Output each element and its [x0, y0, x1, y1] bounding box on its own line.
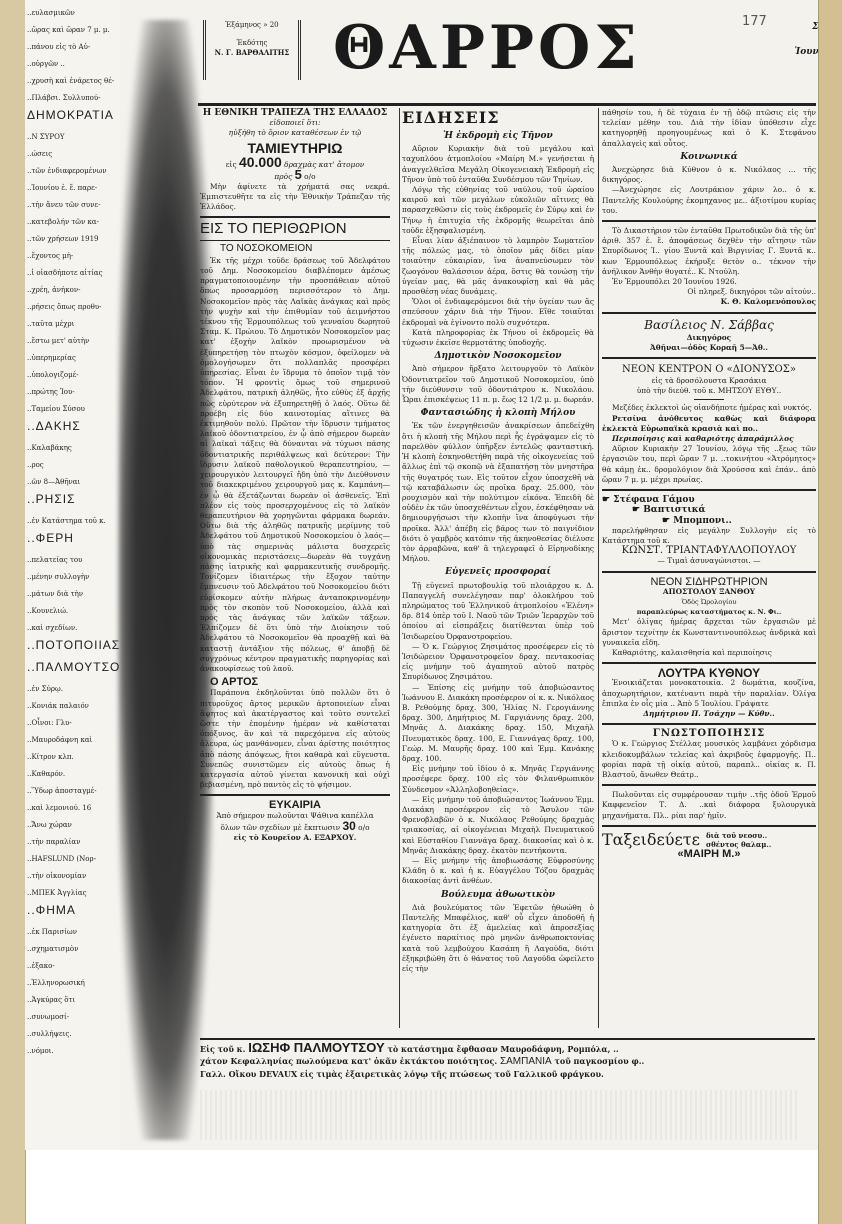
- section-title-perithorion: ΕΙΣ ΤΟ ΠΕΡΙΘΩΡΙΟΝ: [200, 218, 390, 241]
- article-body-bread: Παράπονα ἐκδηλοῦνται ὑπὸ πολλῶν ὅτι ὁ πι…: [200, 688, 390, 790]
- article-title-bread: Ο ΑΡΤΟΣ: [210, 677, 390, 687]
- social-item: —Ἀνεχώρησε εἰς Λουτράκιον χάριν λο.. ὁ κ…: [602, 185, 816, 216]
- dionysos-sub: εἰς τὰ δροσόλουστα Κρασάκια: [602, 376, 816, 386]
- divider: [602, 357, 816, 359]
- prev-page-line: ..συνωμοσί-: [27, 1012, 120, 1022]
- news-title: Φαντασιώδης ἡ κλοπὴ Μήλου: [402, 408, 594, 418]
- prev-page-line: ..Μαυροδάφνη καὶ: [27, 735, 120, 745]
- ad-line: Ἀπὸ σήμερον πωλοῦνται Ψάθινα καπέλλα: [200, 811, 390, 821]
- travel-small: διὰ τοῦ νεοσυ..σθέντος θαλαμ..: [706, 831, 771, 849]
- bottom-ad-line-2: χάτον Κεφαλληνίας πωλούμενα κατ' ὀκᾶν ἐκ…: [200, 1055, 815, 1068]
- baths-title: ΛΟΥΤΡΑ ΚΥΘΝΟΥ: [602, 668, 816, 678]
- prev-page-line: ..καὶ λεμονιού. 16: [27, 803, 120, 813]
- travel-ship: «ΜΑΙΡΗ Μ.»: [602, 849, 816, 859]
- binder-edge-right: [818, 0, 842, 1224]
- news-paragraph: — Εἰς μνήμην τῆς ἀποβιωσάσης Εὐφροσύνης …: [402, 856, 594, 887]
- dionysos-text: Μεζέδες ἐκλεκτοὶ ὡς οἱανδήποτε ἡμέρας κα…: [602, 403, 816, 413]
- prev-page-line: ..ευλασμικῶν: [27, 8, 120, 18]
- court-date: Ἐν Ἑρμουπόλει 20 Ἰουνίου 1926.: [602, 277, 816, 287]
- prev-page-line: ..κατεβολήν τῶν κα-: [27, 217, 120, 227]
- prev-page-line: ..Κουνελιώ.: [27, 606, 120, 616]
- wedding-line-text: Μπομπονι..: [673, 516, 732, 526]
- prev-page-line: ..Κονιάκ παλαιόν: [27, 701, 120, 711]
- iron-title: ΝΕΟΝ ΣΙΔΗΡΩΤΗΡΙΟΝ: [602, 577, 816, 587]
- divider: [694, 399, 724, 400]
- prev-page-line: ..τῶν ἐνδιαφερομένων: [27, 166, 120, 176]
- scan-noise: [200, 1090, 800, 1140]
- wedding-line: ☛ Στέφανα Γάμου: [602, 495, 816, 505]
- prev-page-line: ..ΦΗΜΑ: [27, 905, 120, 915]
- scan-smear: [118, 20, 213, 1140]
- bank-ad-rate-line: πρὸς 5 ο/ο: [200, 170, 390, 182]
- article-title-hospital: ΤΟ ΝΟΣΟΚΟΜΕΙΟΝ: [220, 244, 390, 254]
- bottom-ad-line-1: Εἰς τοῦ κ. ΙΩΣΗΦ ΠΑΛΜΟΥΤΣΟΥ τὸ κατάστημα…: [200, 1042, 815, 1055]
- news-paragraph: Ἀπὸ σήμερον ἤρξατο λειτουργοῦν τὸ Λαϊκὸν…: [402, 364, 594, 405]
- prev-page-line: ..ἔχοντος μὴ-: [27, 251, 120, 261]
- iron-address: Ὁδὸς Ὡρολογίου: [602, 597, 816, 607]
- prev-page-line: ..ἐξακο-: [27, 961, 120, 971]
- iron-owner: ΑΠΟΣΤΟΛΟΥ ΞΑΝΘΟΥ: [602, 587, 816, 597]
- court-signature-label: Οἱ πληρεξ. δικηγόροι τῶν αἰτούν..: [602, 287, 816, 297]
- ad-discount-pre: ὅλων τῶν σχεδίων μὲ ἔκπτωσιν: [220, 823, 340, 832]
- prev-page-line: ..ΦΕΡΗ: [27, 533, 120, 543]
- subscription-line: Ἑξάμηνος » 20: [206, 20, 298, 30]
- prev-page-line: ..HAFSLUND (Νορ-: [27, 854, 120, 864]
- wedding-prices: — Τιμαὶ ἀσυναγώνιστοι. —: [602, 556, 816, 566]
- news-paragraph: — Ἐπίσης εἰς μνήμην τοῦ ἀποβιώσαντος Ἰωά…: [402, 683, 594, 765]
- news-title: Ἡ ἐκδρομὴ εἰς Τῆνον: [402, 131, 594, 141]
- dionysos-title: ΝΕΟΝ ΚΕΝΤΡΟΝ Ο «ΔΙΟΝΥΣΟΣ»: [602, 363, 816, 376]
- divider: [602, 220, 816, 222]
- divider: [602, 825, 816, 827]
- previous-page-strip: ..ευλασμικῶν..ὥρας καὶ ὥραν 7 μ. μ...πάν…: [25, 0, 120, 1150]
- column-2: ΕΙΔΗΣΕΙΣ Ἡ ἐκδρομὴ εἰς ΤῆνονΑὔριον Κυρια…: [399, 108, 594, 1028]
- travel-small-1: διὰ τοῦ νεοσυ..: [706, 831, 767, 840]
- prev-page-line: ..ῶν 8—Ἀθῆναι: [27, 477, 120, 487]
- bottom-ad-text: χάτον Κεφαλληνίας πωλούμενα κατ' ὀκᾶν ἐκ…: [200, 1056, 497, 1066]
- bank-ad-savings: ΤΑΜΙΕΥΤΗΡΙΩ: [200, 139, 390, 157]
- bank-ad-text: Μὴν ἀφίνετε τὰ χρήματά σας νεκρά. Ἐμπιστ…: [200, 182, 390, 213]
- news-title: Βούλευμα ἀθωωτικὸν: [402, 890, 594, 900]
- lawyer-title: Δικηγόρος: [602, 333, 816, 343]
- prev-page-line: ..Κίτρον κλπ.: [27, 752, 120, 762]
- prev-page-line: ..ταῦτα μέχρι: [27, 319, 120, 329]
- news-paragraph: Διὰ βουλεύματος τῶν Ἐφετῶν ἠθωώθη ὁ Παντ…: [402, 903, 594, 974]
- masthead-left-box: Ἑξάμηνος » 20 Ἐκδότης Ν. Γ. ΒΑΡΘΑΛΙΤΗΣ: [203, 20, 301, 80]
- notices-title: ΓΝΩΣΤΟΠΟΙΗΣΙΣ: [602, 729, 816, 739]
- prev-page-line: ..τῶν χρήσεων 1919: [27, 234, 120, 244]
- publisher-label: Ἐκδότης: [206, 38, 298, 48]
- publisher-name: Ν. Γ. ΒΑΡΘΑΛΙΤΗΣ: [206, 48, 298, 58]
- prev-page-line: ..ὑπολογιζομέ-: [27, 370, 120, 380]
- news-paragraph: Εἶναι λίαν ἀξιέπαινον τὸ λαμπρὸν Σωματεῖ…: [402, 236, 594, 297]
- masthead-rule: [198, 103, 816, 106]
- dionysos-text: Περιποίησις καὶ καθαριότης ἀπαράμιλλος: [602, 434, 816, 444]
- column-1: Η ΕΘΝΙΚΗ ΤΡΑΠΕΖΑ ΤΗΣ ΕΛΛΑΔΟΣ εἰδοποιεῖ ὅ…: [200, 108, 390, 1023]
- prev-page-line: ..ΠΑΛΜΟΥΤΣΟΥ: [27, 662, 120, 672]
- wedding-line: ☛ Βαπτιστικά: [602, 505, 816, 515]
- prev-page-line: ..σχηματισμὸν: [27, 944, 120, 954]
- prev-page-line: ..Ἑλληνορωσική: [27, 978, 120, 988]
- prev-page-line: ..Ν ΣΥΡΟΥ: [27, 132, 120, 142]
- prev-page-line: ..ἐκ Παρισίων: [27, 927, 120, 937]
- iron-text: Καθαριότης, καλαισθησία καὶ περιποίησις: [602, 648, 816, 658]
- baths-text: Ἐνοικιάζεται μονοκατοικία. 2 δωμάτια, κο…: [602, 678, 816, 709]
- rate-suffix: ο/ο: [304, 172, 315, 181]
- binder-edge-left: [0, 0, 26, 1224]
- prev-page-line: ..Ταμείου Σύσου: [27, 404, 120, 414]
- prev-page-line: ..μάτων διὰ τὴν: [27, 589, 120, 599]
- prev-page-line: ..πάνου εἰς τὸ Αὐ-: [27, 42, 120, 52]
- news-paragraph: Εἰς μνήμην τοῦ ἰδίου ὁ κ. Μηνᾶς Γεργιάνν…: [402, 764, 594, 795]
- prev-page-line: ..ἔστω μετ' αὐτὴν: [27, 336, 120, 346]
- travel-ad: Ταξειδεύετε διὰ τοῦ νεοσυ..σθέντος θαλαμ…: [602, 831, 816, 849]
- news-paragraph: Κατὰ πληροφορίας ἐκ Τήνου οἱ ἐκδρομεῖς θ…: [402, 328, 594, 348]
- amount: 40.000: [239, 154, 282, 170]
- prev-page-line: ..τὴν παραλίαν: [27, 837, 120, 847]
- news-paragraph: — Εἰς μνήμην τοῦ ἀποβιώσαντος Ἰωάννου Ἐμ…: [402, 795, 594, 856]
- bottom-ad-text: τὸ κατάστημα ἔφθασαν Μαυροδάφνη, Ρομπόλα…: [387, 1044, 618, 1054]
- rate-prefix: πρὸς: [274, 172, 292, 181]
- wedding-line-text: Βαπτιστικά: [643, 505, 705, 515]
- news-paragraph: Αὔριον Κυριακὴν διὰ τοῦ μεγάλου καὶ ταχυ…: [402, 144, 594, 185]
- ad-line: εἰς τὸ Κουρεῖον Α. ΕΞΑΡΧΟΥ.: [200, 833, 390, 843]
- bank-ad-line: εἰδοποιεῖ ὅτι:: [200, 118, 390, 128]
- prev-page-line: ..ΡΗΣΙΣ: [27, 494, 120, 504]
- prev-page-line: ..χρυσὴ καὶ ἐνάρετος θέ-: [27, 76, 120, 86]
- ad-discount-post: ο/ο: [358, 823, 369, 832]
- bank-ad-title: Η ΕΘΝΙΚΗ ΤΡΑΠΕΖΑ ΤΗΣ ΕΛΛΑΔΟΣ: [200, 108, 390, 118]
- social-title: Κοινωνικά: [602, 152, 816, 162]
- wedding-line: ☛ Μπομπονι..: [602, 516, 816, 526]
- prev-page-line: ..τὴν ἄνευ τῶν συνε-: [27, 200, 120, 210]
- column-3: πάθησίν του, ἡ δὲ τύχαια ἐν τῇ ὁδῷ πτῶσι…: [598, 108, 816, 1028]
- news-title: Εὐγενεῖς προσφοραί: [402, 567, 594, 577]
- divider: [602, 571, 816, 573]
- handwritten-page-number: 177: [742, 14, 767, 29]
- bottom-ad-line-3: Γαλλ. Οἴκου DEVAUX εἰς τιμὰς ἐξαιρετικὰς…: [200, 1068, 815, 1080]
- notices-text: Ὁ κ. Γεώργιος Στέλλας μουσικὸς λαμβάνει …: [602, 739, 816, 780]
- news-paragraph: — Ὁ κ. Γεώργιος Ζησιμάτος προσέφερεν εἰς…: [402, 642, 594, 683]
- prev-page-line: ..νόμοι.: [27, 1046, 120, 1056]
- ad-title-opportunity: ΕΥΚΑΙΡΙΑ: [200, 800, 390, 810]
- prev-page-line: ..ἱ οἰασδήποτε αἰτίας: [27, 268, 120, 278]
- news-paragraph: Λόγῳ τῆς εὐθηνίας τοῦ ναύλου, τοῦ ὡραίου…: [402, 185, 594, 236]
- prev-page-line: ..ἐν Σύρῳ.: [27, 684, 120, 694]
- news-paragraph: Ἐκ τῶν ἐνεργηθεισῶν ἀνακρίσεων ἀπεδείχθη…: [402, 421, 594, 564]
- prev-page-line: ..ΜΠΕΚ Ἀγγλίας: [27, 888, 120, 898]
- prev-page-line: ..πελατείας του: [27, 555, 120, 565]
- prev-page-line: ..ώσεις: [27, 149, 120, 159]
- prev-page-line: ..πρώτης Ἰου-: [27, 387, 120, 397]
- wedding-shop-name: ΚΩΝΣΤ. ΤΡΙΑΝΤΑΦΥΛΛΟΠΟΥΛΟΥ: [602, 546, 816, 556]
- news-list: Ἡ ἐκδρομὴ εἰς ΤῆνονΑὔριον Κυριακὴν διὰ τ…: [402, 131, 594, 974]
- bottom-ad: Εἰς τοῦ κ. ΙΩΣΗΦ ΠΑΛΜΟΥΤΣΟΥ τὸ κατάστημα…: [200, 1038, 815, 1080]
- prev-page-line: ..καὶ σχεδίων.: [27, 623, 120, 633]
- masthead: Ἑξάμηνος » 20 Ἐκδότης Ν. Γ. ΒΑΡΘΑΛΙΤΗΣ Θ…: [195, 12, 817, 84]
- prev-page-line: ..συλλήψεις.: [27, 1029, 120, 1039]
- continued-paragraph: πάθησίν του, ἡ δὲ τύχαια ἐν τῇ ὁδῷ πτῶσι…: [602, 108, 816, 149]
- prev-page-line: ..ρος: [27, 460, 120, 470]
- newspaper-title: ΘΑΡΡΟΣ: [333, 12, 641, 84]
- section-title-news: ΕΙΔΗΣΕΙΣ: [402, 108, 594, 128]
- dionysos-text: Αὔριον Κυριακὴν 27 Ἰουνίου, λόγῳ τῆς ..ξ…: [602, 444, 816, 485]
- dionysos-sub: ὑπὸ τὴν διεύθ. τοῦ κ. ΜΗΤΣΟΥ ΕΥΘΥ..: [602, 386, 816, 396]
- news-paragraph: Ὅλοι οἱ ἐνδιαφερόμενοι διὰ τὴν ὑγείαν τω…: [402, 297, 594, 328]
- amount-prefix: εἰς: [226, 160, 237, 169]
- wedding-text: παρελήφθησαν εἰς μεγάλην Συλλογὴν εἰς τὸ…: [602, 526, 816, 546]
- travel-big: Ταξειδεύετε: [602, 835, 700, 845]
- bottom-ad-name: ΙΩΣΗΦ ΠΑΛΜΟΥΤΣΟΥ: [248, 1040, 384, 1055]
- news-paragraph: Τῇ εὐγενεῖ πρωτοβουλίᾳ τοῦ πλοιάρχου κ. …: [402, 581, 594, 642]
- lawyer-address: Ἀθῆναι—ὁδὸς Κοραῆ 5—Ἀθ..: [602, 343, 816, 353]
- prev-page-line: ..οὐργῶν ..: [27, 59, 120, 69]
- prev-page-line: ..Ἰουνίου ἐ. ἔ. παρε-: [27, 183, 120, 193]
- prev-page-line: ..ΠΟΤΟΠΟΙΙΑΣ: [27, 640, 120, 650]
- prev-page-line: ..Καθαρόν.: [27, 769, 120, 779]
- ad-discount: 30: [342, 819, 355, 833]
- bank-ad-line: ηὐξήθη τὸ ὅριον καταθέσεων ἐν τῷ: [200, 128, 390, 138]
- prev-page-line: ..Ὕδωρ ἀποσταγμέ-: [27, 786, 120, 796]
- bottom-ad-champagne: ΣΑΜΠΑΝΙΑ: [500, 1056, 552, 1067]
- prev-page-line: ..Ἀγκύρας ὅτι: [27, 995, 120, 1005]
- divider: [602, 662, 816, 664]
- social-item: Ἀνεχώρησε διὰ Κύθνον ὁ κ. Νικόλαος ... τ…: [602, 165, 816, 185]
- lawyer-name: Βασίλειος Ν. Σάββας: [602, 318, 816, 333]
- prev-page-line: ..ὑπερημερίας: [27, 353, 120, 363]
- divider: [602, 489, 816, 491]
- wedding-line-text: Στέφανα Γάμου: [613, 495, 694, 505]
- prev-page-line: ..Πλάβσι. Συλλυπού-: [27, 93, 120, 103]
- prev-page-line: ..μένην συλλογὴν: [27, 572, 120, 582]
- divider: [602, 312, 816, 314]
- prev-page-line: ..ἐν Κατάστημα τοῦ κ.: [27, 516, 120, 526]
- prev-page-line: ..ρήσεις ὅπως προθυ-: [27, 302, 120, 312]
- sale-text: Πωλοῦνται εἰς συμφέρουσαν τιμὴν ..τῆς ὁδ…: [602, 790, 816, 821]
- prev-page-line: ..ὥρας καὶ ὥραν 7 μ. μ.: [27, 25, 120, 35]
- divider: [602, 723, 816, 725]
- iron-text: Μετ' ὀλίγας ἡμέρας ἄρχεται τῶν ἐργασιῶν …: [602, 617, 816, 648]
- prev-page-line: ..ΔΑΚΗΣ: [27, 421, 120, 431]
- bottom-ad-text: τοῦ παγκοσμίου φ..: [555, 1056, 645, 1066]
- court-signature: Κ. Θ. Καλομενόπουλος: [602, 297, 816, 307]
- news-title: Δημοτικὸν Νοσοκομεῖον: [402, 351, 594, 361]
- rate: 5: [295, 167, 302, 182]
- bottom-ad-prefix: Εἰς τοῦ κ.: [200, 1044, 245, 1054]
- dionysos-text: Ρετσίνα ἀνόθευτος καθὼς καὶ διάφορα ἐκλε…: [602, 414, 816, 434]
- court-notice: Τὸ Δικαστήριον τῶν ἐνταῦθα Πρωτοδικῶν δι…: [602, 226, 816, 277]
- prev-page-line: ..Ἄνω χώραν: [27, 820, 120, 830]
- prev-page-line: ..χρέη, ἀνήκον-: [27, 285, 120, 295]
- prev-page-line: ΔΗΜΟΚΡΑΤΙΑ: [27, 110, 120, 120]
- prev-page-line: ..Καλαβάκης: [27, 443, 120, 453]
- baths-contact: Δημήτριον Π. Τσάχην — Κύθν..: [602, 709, 816, 719]
- divider: [200, 794, 390, 796]
- article-body-hospital: Ἐκ τῆς μέχρι τοῦδε δράσεως τοῦ Ἀδελφάτου…: [200, 256, 390, 674]
- prev-page-line: ..τὴν οἰκονομίαν: [27, 871, 120, 881]
- iron-address: παραπλεύρως καταστήματος κ. Ν. Φι..: [602, 607, 816, 617]
- bank-ad: Η ΕΘΝΙΚΗ ΤΡΑΠΕΖΑ ΤΗΣ ΕΛΛΑΔΟΣ εἰδοποιεῖ ὅ…: [200, 108, 390, 218]
- prev-page-line: ..Οἶνοι: Γλυ-: [27, 718, 120, 728]
- divider: [602, 784, 816, 786]
- ad-discount-line: ὅλων τῶν σχεδίων μὲ ἔκπτωσιν 30 ο/ο: [200, 821, 390, 833]
